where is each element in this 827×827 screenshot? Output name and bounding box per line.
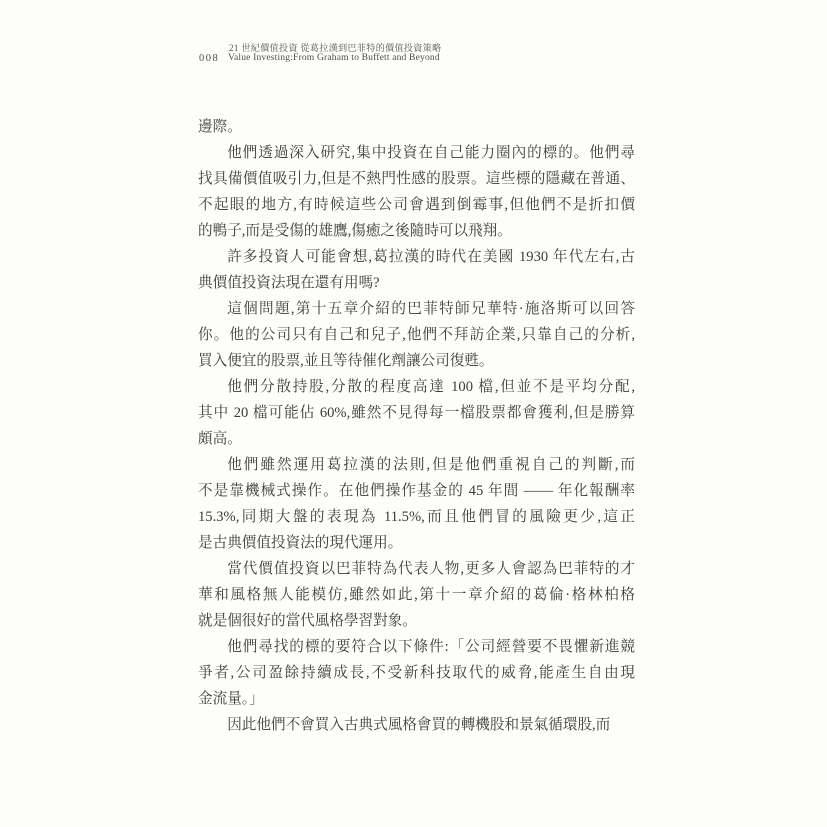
body-line: 是古典價值投資法的現代運用。 [198,530,635,556]
body-line: 他們分散持股,分散的程度高達 100 檔,但並不是平均分配, [198,374,635,400]
body-line: 你。他的公司只有自己和兒子,他們不拜訪企業,只靠自己的分析, [198,322,635,348]
body-line: 典價值投資法現在還有用嗎? [198,270,635,296]
body-line: 買入便宜的股票,並且等待催化劑讓公司復甦。 [198,348,635,374]
body-line: 因此他們不會買入古典式風格會買的轉機股和景氣循環股,而 [198,712,635,738]
book-title-en: Value Investing:From Graham to Buffett a… [228,52,440,63]
paragraph: 這個問題,第十五章介紹的巴菲特師兄華特·施洛斯可以回答你。他的公司只有自己和兒子… [198,296,635,374]
body-line: 當代價值投資以巴菲特為代表人物,更多人會認為巴菲特的才 [198,556,635,582]
body-line: 許多投資人可能會想,葛拉漢的時代在美國 1930 年代左右,古 [198,244,635,270]
body-line: 他們透過深入研究,集中投資在自己能力圈內的標的。他們尋 [198,140,635,166]
body-line: 金流量。」 [198,686,635,712]
book-page: 008 21 世紀價值投資 從葛拉漢到巴菲特的價值投資策略 Value Inve… [0,0,827,827]
paragraph: 因此他們不會買入古典式風格會買的轉機股和景氣循環股,而 [198,712,635,738]
paragraph: 他們透過深入研究,集中投資在自己能力圈內的標的。他們尋找具備價值吸引力,但是不熱… [198,140,635,244]
body-line: 頗高。 [198,426,635,452]
body-line: 他們尋找的標的要符合以下條件:「公司經營要不畏懼新進競 [198,634,635,660]
page-number: 008 [199,53,219,64]
paragraph: 他們尋找的標的要符合以下條件:「公司經營要不畏懼新進競爭者,公司盈餘持續成長,不… [198,634,635,712]
body-line: 邊際。 [198,114,635,140]
body-line: 不起眼的地方,有時候這些公司會遇到倒霉事,但他們不是折扣價 [198,192,635,218]
paragraph: 當代價值投資以巴菲特為代表人物,更多人會認為巴菲特的才華和風格無人能模仿,雖然如… [198,556,635,634]
body-line: 的鴨子,而是受傷的雄鷹,傷癒之後隨時可以飛翔。 [198,218,635,244]
body-line: 就是個很好的當代風格學習對象。 [198,608,635,634]
body-line: 他們雖然運用葛拉漢的法則,但是他們重視自己的判斷,而 [198,452,635,478]
paragraph: 他們雖然運用葛拉漢的法則,但是他們重視自己的判斷,而不是靠機械式操作。在他們操作… [198,452,635,556]
body-line: 不是靠機械式操作。在他們操作基金的 45 年間 —— 年化報酬率 [198,478,635,504]
paragraph: 他們分散持股,分散的程度高達 100 檔,但並不是平均分配,其中 20 檔可能佔… [198,374,635,452]
body-line: 15.3%,同期大盤的表現為 11.5%,而且他們冒的風險更少,這正 [198,504,635,530]
body-line: 這個問題,第十五章介紹的巴菲特師兄華特·施洛斯可以回答 [198,296,635,322]
paragraph: 許多投資人可能會想,葛拉漢的時代在美國 1930 年代左右,古典價值投資法現在還… [198,244,635,296]
body-line: 華和風格無人能模仿,雖然如此,第十一章介紹的葛倫·格林柏格 [198,582,635,608]
running-header: 008 21 世紀價值投資 從葛拉漢到巴菲特的價值投資策略 Value Inve… [0,0,827,80]
paragraph: 邊際。 [198,114,635,140]
body-text: 邊際。他們透過深入研究,集中投資在自己能力圈內的標的。他們尋找具備價值吸引力,但… [198,114,635,738]
body-line: 其中 20 檔可能佔 60%,雖然不見得每一檔股票都會獲利,但是勝算 [198,400,635,426]
body-line: 找具備價值吸引力,但是不熱門性感的股票。這些標的隱藏在普通、 [198,166,635,192]
body-line: 爭者,公司盈餘持續成長,不受新科技取代的威脅,能產生自由現 [198,660,635,686]
